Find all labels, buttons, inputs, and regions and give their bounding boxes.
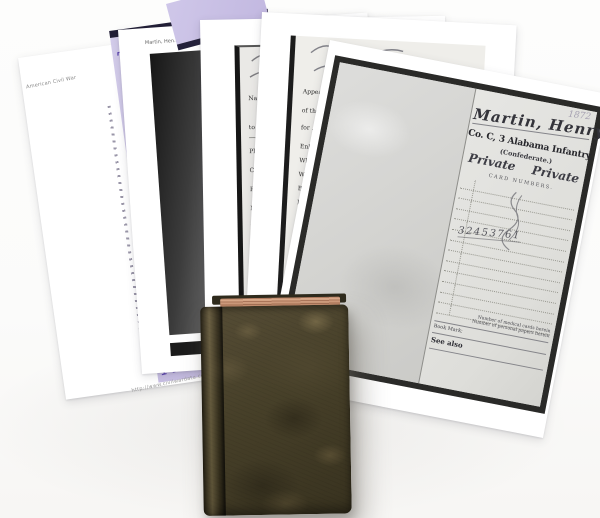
book-spine xyxy=(200,307,226,516)
corner-label: American Civil War xyxy=(26,75,77,91)
antique-diary-book xyxy=(200,293,352,516)
photo-canvas: American Civil War This taken from Heu m… xyxy=(0,0,600,518)
card-numbers-table: 32453761 xyxy=(438,178,576,326)
page-header: Martin, Hen... xyxy=(145,38,179,46)
